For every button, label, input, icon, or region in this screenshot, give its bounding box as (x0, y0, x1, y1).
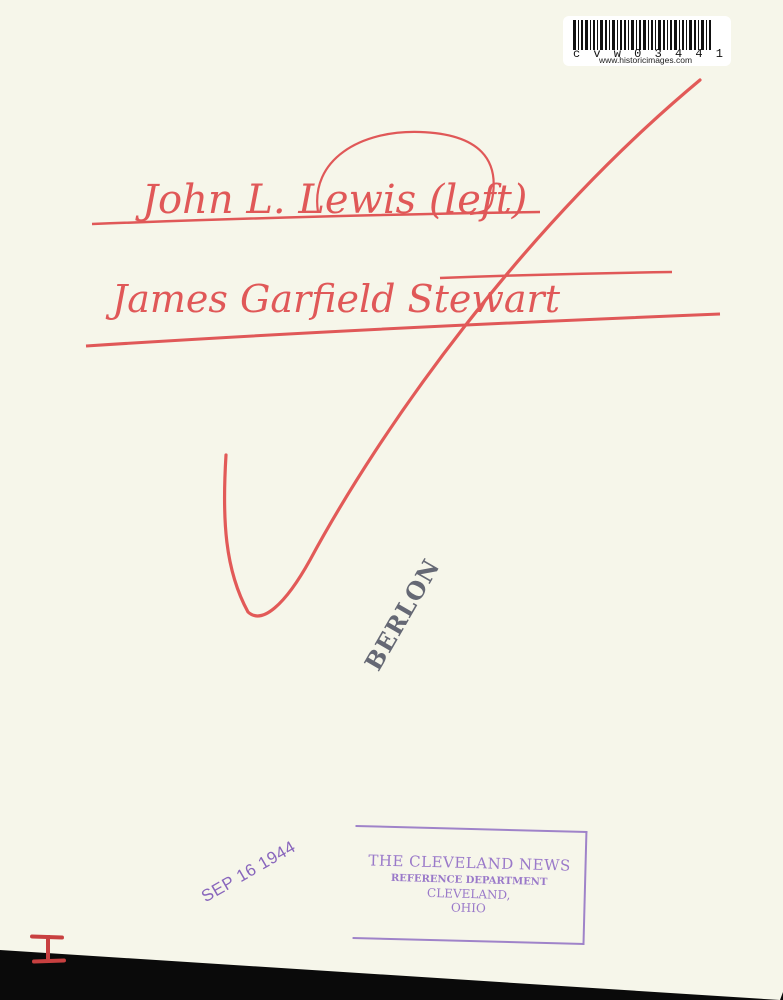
caption-line-2: James Garfield Stewart (105, 277, 561, 321)
department-stamp-line-1: THE CLEVELAND NEWS (354, 851, 584, 875)
department-stamp: THE CLEVELAND NEWS REFERENCE DEPARTMENT … (353, 825, 588, 945)
check-mark (225, 80, 700, 616)
corner-mark-I (30, 935, 66, 965)
